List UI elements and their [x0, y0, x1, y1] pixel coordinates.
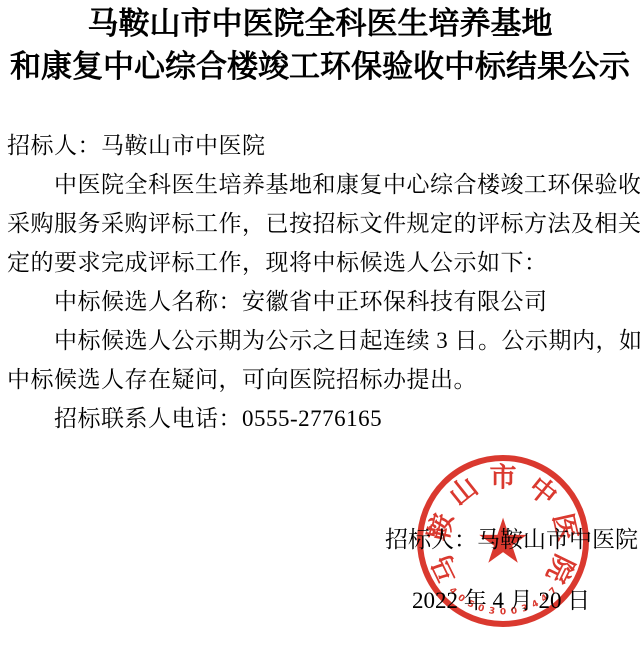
- text-line: 招标联系人电话：0555-2776165: [7, 399, 635, 438]
- document-title: 马鞍山市中医院全科医生培养基地 和康复中心综合楼竣工环保验收中标结果公示: [0, 2, 640, 88]
- signature-line: 招标人：马鞍山市中医院: [385, 521, 638, 554]
- text-line: 招标人：马鞍山市中医院: [7, 126, 635, 165]
- body-text: 招标人：马鞍山市中医院中医院全科医生培养基地和康复中心综合楼竣工环保验收采购服务…: [7, 126, 635, 438]
- text-line: 中标候选人名称：安徽省中正环保科技有限公司: [7, 282, 635, 321]
- seal-arc-char: 市: [490, 465, 517, 492]
- text-line: 定的要求完成评标工作，现将中标候选人公示如下：: [7, 243, 635, 282]
- title-line-1: 马鞍山市中医院全科医生培养基地: [0, 2, 640, 45]
- text-line: 中医院全科医生培养基地和康复中心综合楼竣工环保验收: [7, 165, 635, 204]
- title-line-2: 和康复中心综合楼竣工环保验收中标结果公示: [0, 45, 640, 88]
- text-line: 采购服务采购评标工作，已按招标文件规定的评标方法及相关规: [7, 204, 635, 243]
- date-line: 2022 年 4 月 20 日: [412, 582, 590, 615]
- document-page: 马鞍山市中医院全科医生培养基地 和康复中心综合楼竣工环保验收中标结果公示 招标人…: [0, 0, 640, 661]
- seal-arc-char: 中: [523, 473, 561, 511]
- text-line: 中标候选人存在疑问，可向医院招标办提出。: [7, 360, 635, 399]
- seal-arc-char: 山: [445, 473, 483, 511]
- text-line: 中标候选人公示期为公示之日起连续 3 日。公示期内，如对: [7, 321, 635, 360]
